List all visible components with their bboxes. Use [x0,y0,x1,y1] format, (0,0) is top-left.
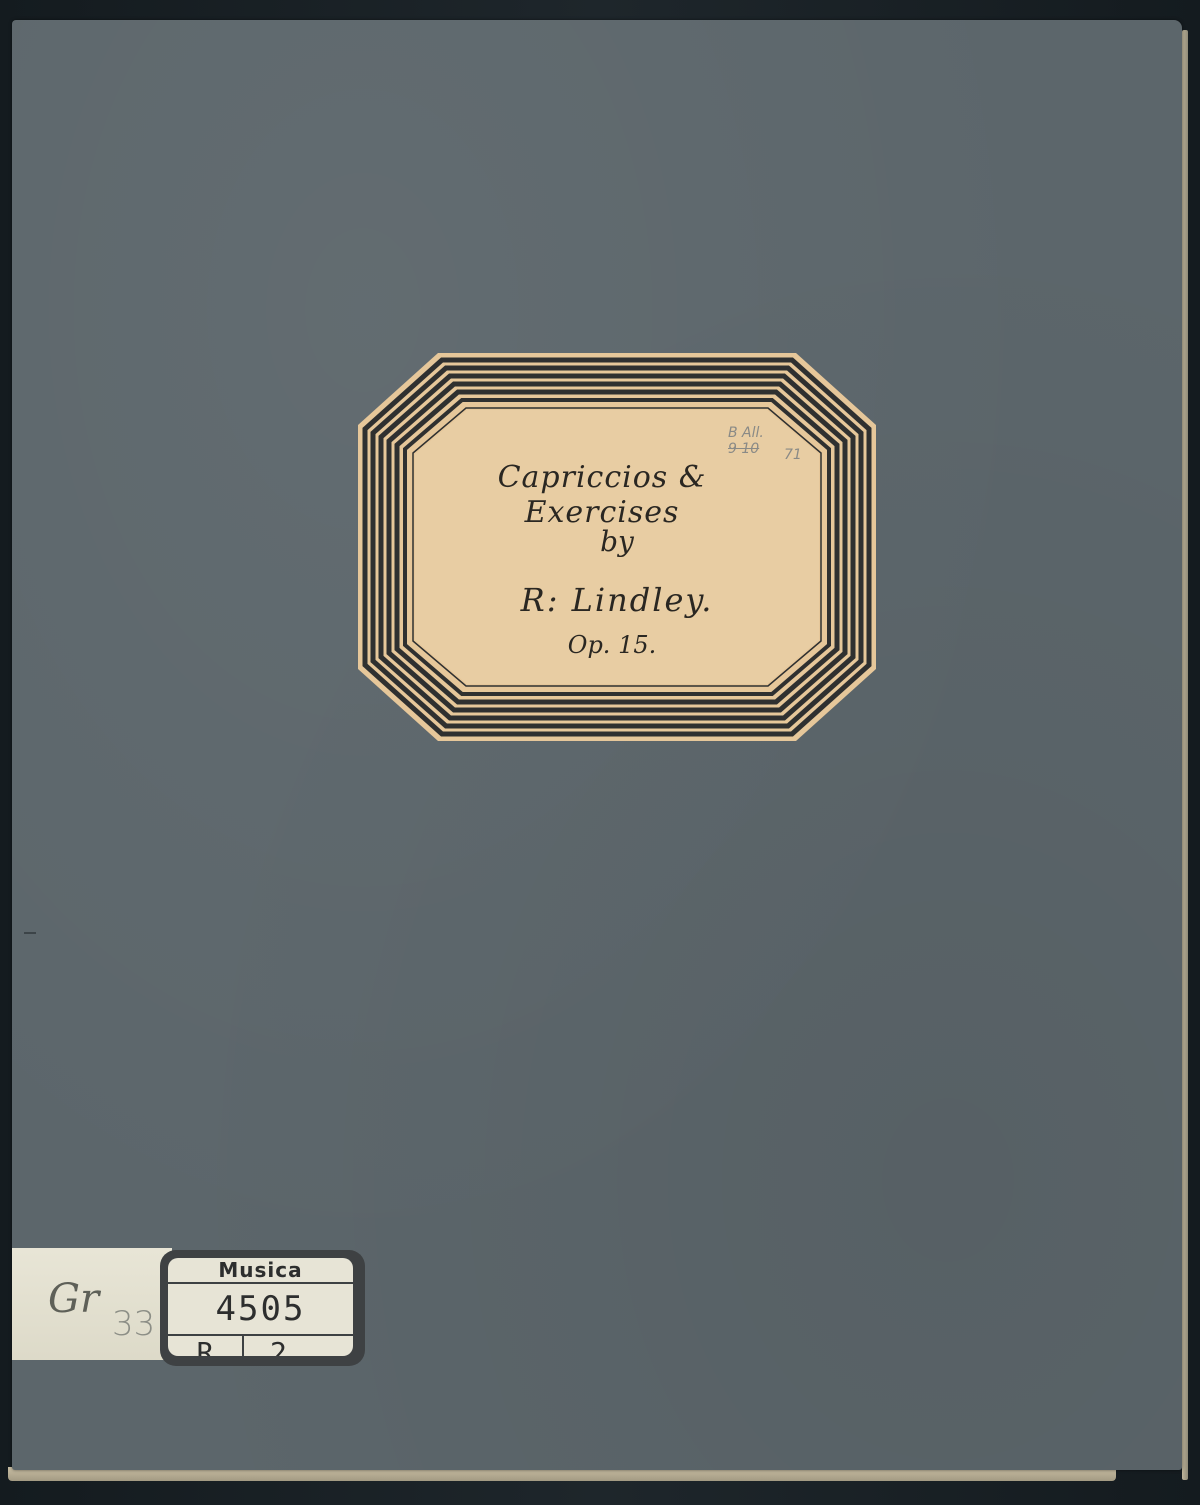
page-edge-right [1182,30,1188,1480]
title-text: Capriccios & Exercises [418,460,786,530]
shelf-number: 33 [112,1304,155,1344]
pencil-note-line2: 9 10 [728,441,764,457]
margin-mark [24,932,36,934]
pencil-note-line3: 71 [784,447,802,463]
call-label-header: Musica [168,1258,353,1284]
author-text: R: Lindley. [358,581,876,619]
call-series: R [168,1336,244,1356]
title-label: Capriccios & Exercises by R: Lindley. Op… [358,353,876,741]
pencil-annotation: B All. 9 10 71 [728,425,764,457]
call-number: 4505 [168,1284,353,1336]
call-volume: 2 [244,1336,353,1356]
shelf-label: Gr 33 [12,1248,172,1360]
shelf-code: Gr [48,1276,99,1322]
opus-text: Op. 15. [348,631,876,659]
call-number-label: Musica 4505 R 2 [160,1250,365,1366]
pencil-note-line1: B All. [728,425,764,441]
by-text: by [358,525,876,558]
